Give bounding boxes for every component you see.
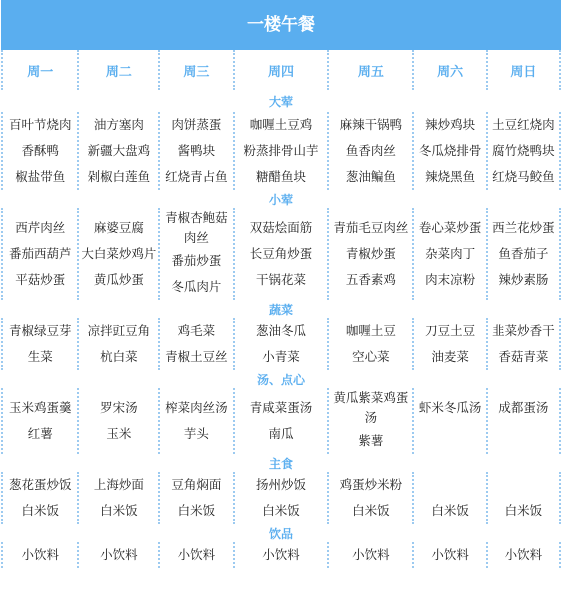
menu-table: 周一 周二 周三 周四 周五 周六 周日 大荤百叶节烧肉香酥鸭椒盐带鱼油方塞肉新… bbox=[1, 50, 561, 568]
menu-cell: 西兰花炒蛋鱼香茄子辣炒素肠 bbox=[487, 208, 560, 300]
menu-item: 油麦菜 bbox=[414, 344, 485, 370]
menu-item: 鸡毛菜 bbox=[160, 318, 232, 344]
menu-cell: 小饮料 bbox=[78, 542, 159, 568]
menu-cell: 小饮料 bbox=[487, 542, 560, 568]
menu-item: 小饮料 bbox=[235, 542, 328, 568]
menu-cell: 小饮料 bbox=[413, 542, 486, 568]
section-items-row: 百叶节烧肉香酥鸭椒盐带鱼油方塞肉新疆大盘鸡剁椒白莲鱼肉饼蒸蛋酱鸭块红烧青占鱼咖喱… bbox=[2, 112, 560, 190]
menu-cell: 葱花蛋炒饭白米饭 bbox=[2, 472, 78, 524]
section-items-row: 小饮料小饮料小饮料小饮料小饮料小饮料小饮料 bbox=[2, 542, 560, 568]
menu-cell: 鸡蛋炒米粉白米饭 bbox=[328, 472, 413, 524]
menu-item: 南瓜 bbox=[235, 421, 328, 447]
menu-item: 青茄毛豆肉丝 bbox=[329, 215, 412, 241]
menu-item: 剁椒白莲鱼 bbox=[79, 164, 158, 190]
day-header-mon: 周一 bbox=[2, 50, 78, 90]
section-title: 汤、点心 bbox=[2, 370, 560, 388]
menu-item: 白米饭 bbox=[488, 498, 559, 524]
menu-cell: 咖喱土豆空心菜 bbox=[328, 318, 413, 370]
menu-item: 辣炒鸡块 bbox=[414, 112, 485, 138]
menu-cell: 葱油冬瓜小青菜 bbox=[234, 318, 329, 370]
menu-cell: 小饮料 bbox=[159, 542, 233, 568]
menu-item: 青椒杏鲍菇肉丝 bbox=[160, 208, 232, 248]
menu-item: 芋头 bbox=[160, 421, 232, 447]
menu-item: 平菇炒蛋 bbox=[3, 267, 77, 293]
menu-item: 西兰花炒蛋 bbox=[488, 215, 559, 241]
menu-item: 小饮料 bbox=[329, 542, 412, 568]
menu-cell: 罗宋汤玉米 bbox=[78, 388, 159, 454]
menu-item: 肉饼蒸蛋 bbox=[160, 112, 232, 138]
menu-item: 杂菜肉丁 bbox=[414, 241, 485, 267]
menu-item: 辣炒素肠 bbox=[488, 267, 559, 293]
menu-item: 白米饭 bbox=[414, 498, 485, 524]
menu-item: 小饮料 bbox=[79, 542, 158, 568]
menu-cell: 麻婆豆腐大白菜炒鸡片黄瓜炒蛋 bbox=[78, 208, 159, 300]
menu-item bbox=[488, 421, 559, 447]
menu-cell: 小饮料 bbox=[328, 542, 413, 568]
menu-item: 番茄西葫芦 bbox=[3, 241, 77, 267]
menu-item: 大白菜炒鸡片 bbox=[79, 241, 158, 267]
menu-item: 双菇烩面筋 bbox=[235, 215, 328, 241]
menu-cell: 榨菜肉丝汤芋头 bbox=[159, 388, 233, 454]
menu-title: 一楼午餐 bbox=[1, 0, 561, 50]
menu-cell: 韭菜炒香干香菇青菜 bbox=[487, 318, 560, 370]
menu-cell: 咖喱土豆鸡粉蒸排骨山芋糖醋鱼块 bbox=[234, 112, 329, 190]
menu-item: 长豆角炒蛋 bbox=[235, 241, 328, 267]
day-header-fri: 周五 bbox=[328, 50, 413, 90]
menu-cell: 上海炒面白米饭 bbox=[78, 472, 159, 524]
menu-item: 小饮料 bbox=[160, 542, 232, 568]
menu-cell: 鸡毛菜青椒土豆丝 bbox=[159, 318, 233, 370]
menu-cell: 青咸菜蛋汤南瓜 bbox=[234, 388, 329, 454]
menu-item: 白米饭 bbox=[235, 498, 328, 524]
menu-item: 榨菜肉丝汤 bbox=[160, 395, 232, 421]
menu-item: 罗宋汤 bbox=[79, 395, 158, 421]
day-header-tue: 周二 bbox=[78, 50, 159, 90]
menu-item bbox=[414, 472, 485, 498]
menu-cell: 豆角焖面白米饭 bbox=[159, 472, 233, 524]
menu-item: 玉米鸡蛋羹 bbox=[3, 395, 77, 421]
menu-cell: 土豆红烧肉腐竹烧鸭块红烧马鲛鱼 bbox=[487, 112, 560, 190]
menu-item: 番茄炒蛋 bbox=[160, 248, 232, 274]
menu-item: 鸡蛋炒米粉 bbox=[329, 472, 412, 498]
menu-item: 白米饭 bbox=[79, 498, 158, 524]
menu-body: 大荤百叶节烧肉香酥鸭椒盐带鱼油方塞肉新疆大盘鸡剁椒白莲鱼肉饼蒸蛋酱鸭块红烧青占鱼… bbox=[2, 90, 560, 568]
section-header-row: 大荤 bbox=[2, 90, 560, 112]
menu-item: 扬州炒饭 bbox=[235, 472, 328, 498]
section-title: 饮品 bbox=[2, 524, 560, 542]
section-items-row: 葱花蛋炒饭白米饭上海炒面白米饭豆角焖面白米饭扬州炒饭白米饭鸡蛋炒米粉白米饭 白米… bbox=[2, 472, 560, 524]
menu-item: 黄瓜紫菜鸡蛋汤 bbox=[329, 388, 412, 428]
menu-item: 香酥鸭 bbox=[3, 138, 77, 164]
menu-item: 腐竹烧鸭块 bbox=[488, 138, 559, 164]
menu-cell: 西芹肉丝番茄西葫芦平菇炒蛋 bbox=[2, 208, 78, 300]
section-header-row: 汤、点心 bbox=[2, 370, 560, 388]
menu-item: 五香素鸡 bbox=[329, 267, 412, 293]
section-header-row: 饮品 bbox=[2, 524, 560, 542]
menu-item: 香菇青菜 bbox=[488, 344, 559, 370]
menu-cell: 虾米冬瓜汤 bbox=[413, 388, 486, 454]
menu-item: 西芹肉丝 bbox=[3, 215, 77, 241]
menu-cell: 双菇烩面筋长豆角炒蛋干锅花菜 bbox=[234, 208, 329, 300]
menu-item: 韭菜炒香干 bbox=[488, 318, 559, 344]
menu-cell: 白米饭 bbox=[487, 472, 560, 524]
section-items-row: 西芹肉丝番茄西葫芦平菇炒蛋麻婆豆腐大白菜炒鸡片黄瓜炒蛋青椒杏鲍菇肉丝番茄炒蛋冬瓜… bbox=[2, 208, 560, 300]
menu-item: 红烧青占鱼 bbox=[160, 164, 232, 190]
section-items-row: 青椒绿豆芽生菜凉拌豇豆角杭白菜鸡毛菜青椒土豆丝葱油冬瓜小青菜咖喱土豆空心菜刀豆土… bbox=[2, 318, 560, 370]
menu-item: 生菜 bbox=[3, 344, 77, 370]
menu-item: 白米饭 bbox=[160, 498, 232, 524]
menu-cell: 小饮料 bbox=[2, 542, 78, 568]
menu-item: 红薯 bbox=[3, 421, 77, 447]
menu-cell: 油方塞肉新疆大盘鸡剁椒白莲鱼 bbox=[78, 112, 159, 190]
menu-item: 青椒绿豆芽 bbox=[3, 318, 77, 344]
menu-item: 葱油鳊鱼 bbox=[329, 164, 412, 190]
section-items-row: 玉米鸡蛋羹红薯罗宋汤玉米榨菜肉丝汤芋头青咸菜蛋汤南瓜黄瓜紫菜鸡蛋汤紫薯虾米冬瓜汤… bbox=[2, 388, 560, 454]
menu-item: 鱼香肉丝 bbox=[329, 138, 412, 164]
menu-cell: 玉米鸡蛋羹红薯 bbox=[2, 388, 78, 454]
menu-item: 红烧马鲛鱼 bbox=[488, 164, 559, 190]
menu-item: 刀豆土豆 bbox=[414, 318, 485, 344]
menu-item bbox=[488, 472, 559, 498]
menu-item bbox=[414, 421, 485, 447]
menu-item: 新疆大盘鸡 bbox=[79, 138, 158, 164]
section-title: 小荤 bbox=[2, 190, 560, 208]
menu-item: 凉拌豇豆角 bbox=[79, 318, 158, 344]
menu-item: 虾米冬瓜汤 bbox=[414, 395, 485, 421]
menu-cell: 百叶节烧肉香酥鸭椒盐带鱼 bbox=[2, 112, 78, 190]
menu-item: 咖喱土豆鸡 bbox=[235, 112, 328, 138]
menu-cell: 青椒杏鲍菇肉丝番茄炒蛋冬瓜肉片 bbox=[159, 208, 233, 300]
menu-item: 麻婆豆腐 bbox=[79, 215, 158, 241]
menu-item: 白米饭 bbox=[3, 498, 77, 524]
menu-item: 青椒土豆丝 bbox=[160, 344, 232, 370]
menu-item: 干锅花菜 bbox=[235, 267, 328, 293]
section-title: 蔬菜 bbox=[2, 300, 560, 318]
section-header-row: 蔬菜 bbox=[2, 300, 560, 318]
day-header-sun: 周日 bbox=[487, 50, 560, 90]
section-title: 大荤 bbox=[2, 90, 560, 112]
menu-item: 椒盐带鱼 bbox=[3, 164, 77, 190]
menu-item: 上海炒面 bbox=[79, 472, 158, 498]
menu-item: 葱花蛋炒饭 bbox=[3, 472, 77, 498]
menu-item: 玉米 bbox=[79, 421, 158, 447]
menu-item: 小青菜 bbox=[235, 344, 328, 370]
menu-item: 青咸菜蛋汤 bbox=[235, 395, 328, 421]
menu-cell: 白米饭 bbox=[413, 472, 486, 524]
section-header-row: 小荤 bbox=[2, 190, 560, 208]
day-header-row: 周一 周二 周三 周四 周五 周六 周日 bbox=[2, 50, 560, 90]
menu-item: 土豆红烧肉 bbox=[488, 112, 559, 138]
menu-item: 白米饭 bbox=[329, 498, 412, 524]
menu-cell: 黄瓜紫菜鸡蛋汤紫薯 bbox=[328, 388, 413, 454]
menu-item: 冬瓜烧排骨 bbox=[414, 138, 485, 164]
menu-cell: 卷心菜炒蛋杂菜肉丁肉末凉粉 bbox=[413, 208, 486, 300]
menu-item: 酱鸭块 bbox=[160, 138, 232, 164]
menu-item: 紫薯 bbox=[329, 428, 412, 454]
menu-item: 粉蒸排骨山芋 bbox=[235, 138, 328, 164]
section-header-row: 主食 bbox=[2, 454, 560, 472]
menu-item: 咖喱土豆 bbox=[329, 318, 412, 344]
menu-cell: 肉饼蒸蛋酱鸭块红烧青占鱼 bbox=[159, 112, 233, 190]
menu-cell: 麻辣干锅鸭鱼香肉丝葱油鳊鱼 bbox=[328, 112, 413, 190]
menu-item: 杭白菜 bbox=[79, 344, 158, 370]
menu-item: 小饮料 bbox=[488, 542, 559, 568]
menu-item: 成都蛋汤 bbox=[488, 395, 559, 421]
menu-cell: 成都蛋汤 bbox=[487, 388, 560, 454]
day-header-wed: 周三 bbox=[159, 50, 233, 90]
menu-item: 鱼香茄子 bbox=[488, 241, 559, 267]
menu-item: 黄瓜炒蛋 bbox=[79, 267, 158, 293]
menu-item: 葱油冬瓜 bbox=[235, 318, 328, 344]
menu-cell: 辣炒鸡块冬瓜烧排骨辣烧黑鱼 bbox=[413, 112, 486, 190]
menu-item: 油方塞肉 bbox=[79, 112, 158, 138]
menu-item: 冬瓜肉片 bbox=[160, 274, 232, 300]
menu-cell: 青椒绿豆芽生菜 bbox=[2, 318, 78, 370]
menu-item: 卷心菜炒蛋 bbox=[414, 215, 485, 241]
menu-item: 肉末凉粉 bbox=[414, 267, 485, 293]
menu-item: 麻辣干锅鸭 bbox=[329, 112, 412, 138]
day-header-thu: 周四 bbox=[234, 50, 329, 90]
menu-item: 糖醋鱼块 bbox=[235, 164, 328, 190]
menu-cell: 小饮料 bbox=[234, 542, 329, 568]
menu-item: 小饮料 bbox=[3, 542, 77, 568]
menu-cell: 凉拌豇豆角杭白菜 bbox=[78, 318, 159, 370]
menu-cell: 青茄毛豆肉丝青椒炒蛋五香素鸡 bbox=[328, 208, 413, 300]
lunch-menu: 一楼午餐 周一 周二 周三 周四 周五 周六 周日 大荤百叶节烧肉香酥鸭椒盐带鱼… bbox=[0, 0, 561, 568]
menu-item: 空心菜 bbox=[329, 344, 412, 370]
section-title: 主食 bbox=[2, 454, 560, 472]
menu-item: 青椒炒蛋 bbox=[329, 241, 412, 267]
menu-item: 豆角焖面 bbox=[160, 472, 232, 498]
menu-cell: 刀豆土豆油麦菜 bbox=[413, 318, 486, 370]
menu-item: 小饮料 bbox=[414, 542, 485, 568]
menu-cell: 扬州炒饭白米饭 bbox=[234, 472, 329, 524]
day-header-sat: 周六 bbox=[413, 50, 486, 90]
menu-item: 百叶节烧肉 bbox=[3, 112, 77, 138]
menu-item: 辣烧黑鱼 bbox=[414, 164, 485, 190]
